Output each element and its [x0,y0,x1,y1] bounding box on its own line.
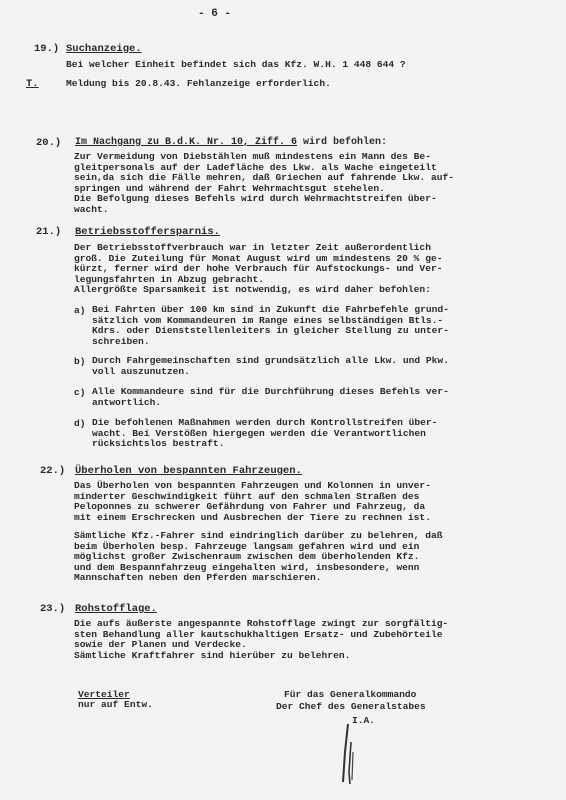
document-page: - 6 - 19.) Suchanzeige. Bei welcher Einh… [0,0,566,800]
section-20-number: 20.) [36,137,61,149]
text-line: mit einem Erschrecken und Ausbrechen der… [74,513,431,524]
text-line: Die Befolgung dieses Befehls wird durch … [74,194,454,205]
item-label: b) [74,356,86,367]
section-22-body: Das Überholen von bespannten Fahrzeugen … [74,481,431,523]
item-label: d) [74,418,86,429]
text-line: Allergrößte Sparsamkeit ist notwendig, e… [74,285,442,296]
item-label: c) [74,387,86,398]
section-20-heading-wrap: Im Nachgang zu B.d.K. Nr. 10, Ziff. 6 wi… [75,137,387,148]
text-line: Zur Vermeidung von Diebstählen muß minde… [74,152,454,163]
handwritten-signature [340,722,360,792]
section-20-heading-tail: wird befohlen: [297,137,387,148]
section-23-heading: Rohstofflage. [75,603,157,615]
text-line: Die aufs äußerste angespannte Rohstoffla… [74,619,448,630]
section-22-body-2: Sämtliche Kfz.-Fahrer sind eindringlich … [74,531,442,584]
text-line: Alle Kommandeure sind für die Durchführu… [92,387,449,398]
text-line: schreiben. [92,337,449,348]
section-19-number: 19.) [34,43,59,55]
section-19-margin-mark: T. [26,78,39,90]
text-line: Durch Fahrgemeinschaften sind grundsätzl… [92,356,449,367]
section-21-heading: Betriebsstoffersparnis. [75,226,220,238]
section-23-body: Die aufs äußerste angespannte Rohstoffla… [74,619,448,661]
section-22-number: 22.) [40,465,65,477]
text-line: rücksichtslos bestraft. [92,439,437,450]
text-line: Meldung bis 20.8.43. Fehlanzeige erforde… [66,79,331,90]
text-line: Der Betriebsstoffverbrauch war in letzte… [74,243,442,254]
section-19-note: Meldung bis 20.8.43. Fehlanzeige erforde… [66,79,331,90]
text-line: Die befohlenen Maßnahmen werden durch Ko… [92,418,437,429]
section-21-body: Der Betriebsstoffverbrauch war in letzte… [74,243,442,296]
signature-line-2: Der Chef des Generalstabes [276,702,426,713]
item-label: a) [74,305,86,316]
text-line: Bei Fahrten über 100 km sind in Zukunft … [92,305,449,316]
section-23-number: 23.) [40,603,65,615]
page-number: - 6 - [198,8,231,20]
signature-line-1: Für das Generalkommando [284,690,416,701]
text-line: Das Überholen von bespannten Fahrzeugen … [74,481,431,492]
text-line: antwortlich. [92,398,449,409]
section-20-heading: Im Nachgang zu B.d.K. Nr. 10, Ziff. 6 [75,137,297,148]
text-line: Sämtliche Kfz.-Fahrer sind eindringlich … [74,531,442,542]
text-line: Mannschaften neben den Pferden marschier… [74,573,442,584]
section-19-heading: Suchanzeige. [66,43,142,55]
section-21-number: 21.) [36,226,61,238]
distribution-note: nur auf Entw. [78,700,153,711]
text-line: wacht. [74,205,454,216]
section-22-heading: Überholen von bespannten Fahrzeugen. [75,465,302,477]
text-line: voll auszunutzen. [92,367,449,378]
text-line: Sämtliche Kraftfahrer sind hierüber zu b… [74,651,448,662]
section-19-body: Bei welcher Einheit befindet sich das Kf… [66,60,406,71]
text-line: Bei welcher Einheit befindet sich das Kf… [66,60,406,71]
section-20-body: Zur Vermeidung von Diebstählen muß minde… [74,152,454,216]
